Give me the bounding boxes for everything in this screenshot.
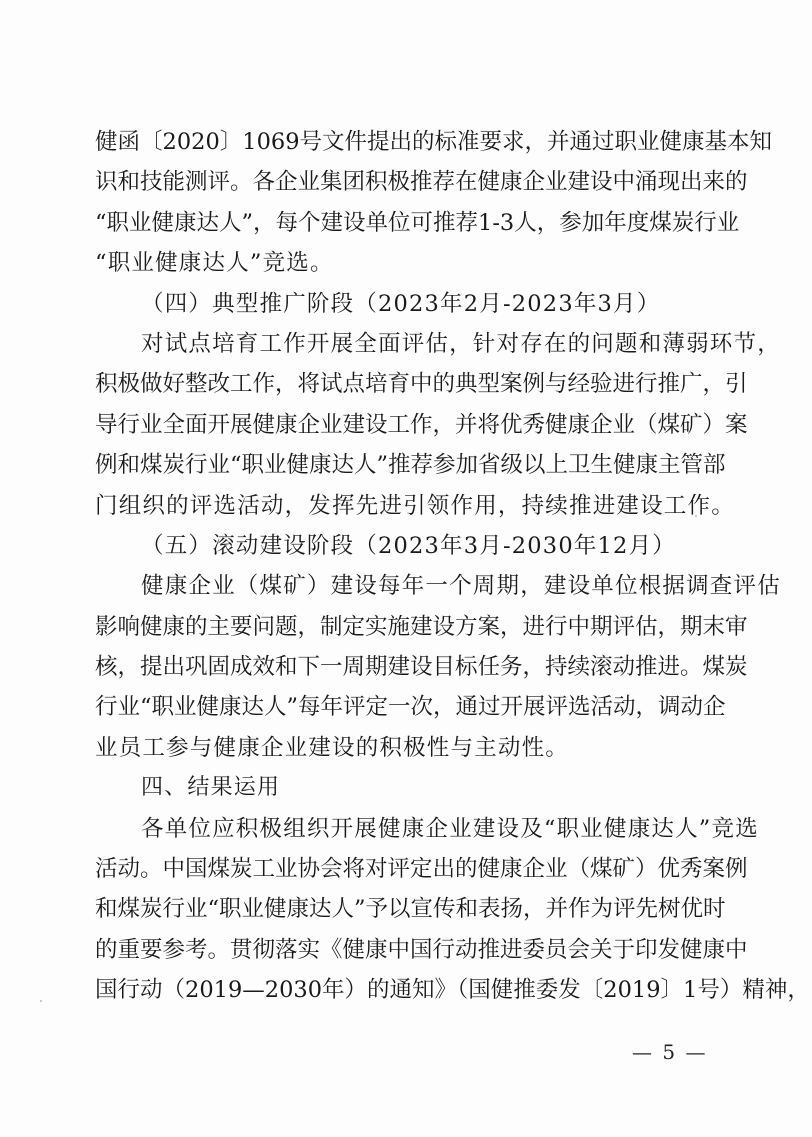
text-line: 识和技能测评。各企业集团积极推荐在健康企业建设中涌现出来的 [95,162,707,202]
text-line: 核，提出巩固成效和下一周期建设目标任务，持续滚动推进。煤炭 [95,647,707,687]
text-line: 行业“职业健康达人”每年评定一次，通过开展评选活动，调动企 [95,687,707,727]
scan-speck [40,1000,42,1002]
text-line: 影响健康的主要问题，制定实施建设方案，进行中期评估，期末审 [95,607,707,647]
subheading-stage-5: （五）滚动建设阶段（2023年3月-2030年12月） [95,526,707,566]
text-line: 的重要参考。贯彻落实《健康中国行动推进委员会关于印发健康中 [95,930,707,970]
text-line: 各单位应积极组织开展健康企业建设及“职业健康达人”竞选 [95,809,707,849]
section-heading-results: 四、结果运用 [95,768,707,808]
text-line: “职业健康达人”竞选。 [95,243,707,283]
text-line: 活动。中国煤炭工业协会将对评定出的健康企业（煤矿）优秀案例 [95,849,707,889]
subheading-stage-4: （四）典型推广阶段（2023年2月-2023年3月） [95,284,707,324]
text-line: 国行动（2019—2030年）的通知》（国健推委发〔2019〕1号）精神， [95,970,707,1010]
text-line: 门组织的评选活动，发挥先进引领作用，持续推进建设工作。 [95,486,707,526]
text-line: 积极做好整改工作，将试点培育中的典型案例与经验进行推广，引 [95,364,707,404]
scan-speck [735,340,737,342]
text-line: 对试点培育工作开展全面评估，针对存在的问题和薄弱环节， [95,324,707,364]
text-line: 导行业全面开展健康企业建设工作，并将优秀健康企业（煤矿）案 [95,405,707,445]
scan-speck [695,515,697,517]
text-line: 和煤炭行业“职业健康达人”予以宣传和表扬，并作为评先树优时 [95,889,707,929]
page-number: — 5 — [632,1040,707,1064]
text-line: “职业健康达人”，每个建设单位可推荐1-3人，参加年度煤炭行业 [95,203,707,243]
text-line: 健函〔2020〕1069号文件提出的标准要求，并通过职业健康基本知 [95,122,707,162]
document-page: 健函〔2020〕1069号文件提出的标准要求，并通过职业健康基本知 识和技能测评… [95,122,707,1011]
text-line: 健康企业（煤矿）建设每年一个周期，建设单位根据调查评估 [95,566,707,606]
text-line: 例和煤炭行业“职业健康达人”推荐参加省级以上卫生健康主管部 [95,445,707,485]
text-line: 业员工参与健康企业建设的积极性与主动性。 [95,728,707,768]
